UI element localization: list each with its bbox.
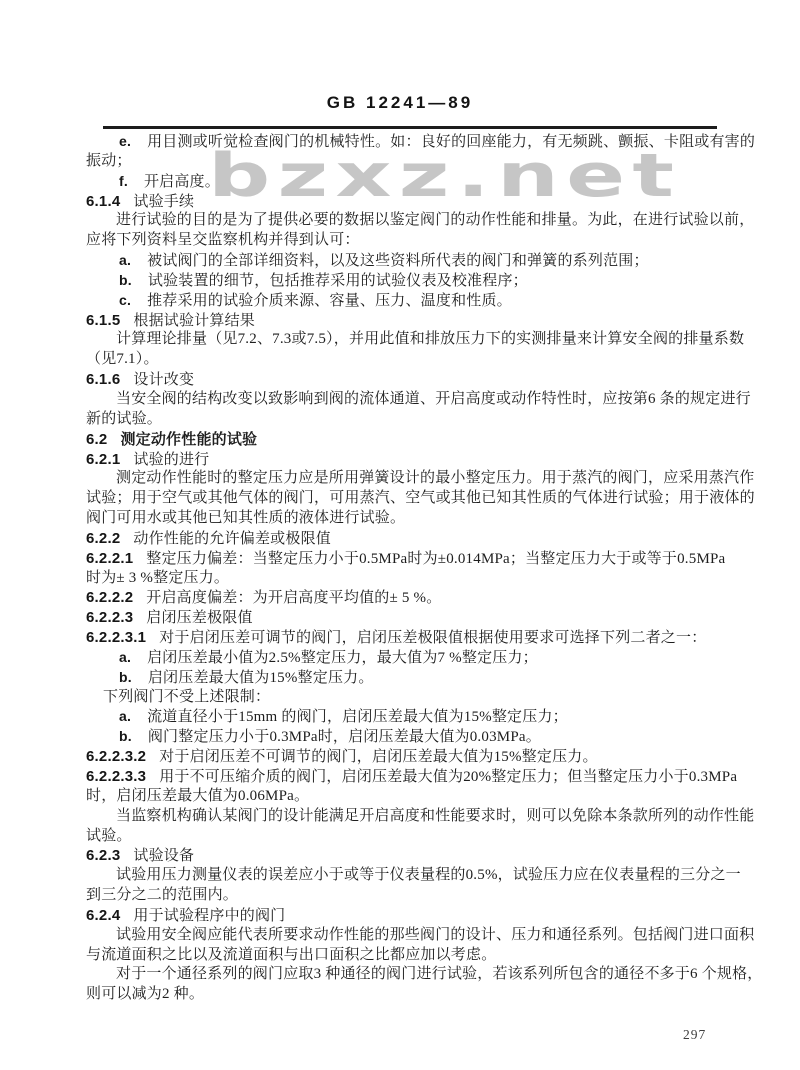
line-label: 6.1.6	[86, 371, 120, 388]
line-text: 新的试验。	[86, 411, 162, 427]
line-text: 测定动作性能时的整定压力应是所用弹簧设计的最小整定压力。用于蒸汽的阀门，应采用蒸…	[116, 470, 754, 486]
line-text: 到三分之二的范围内。	[86, 887, 238, 903]
line-label: 6.2.3	[86, 847, 120, 864]
line-text: 对于启闭压差不可调节的阀门，启闭压差最大值为15%整定压力。	[159, 749, 598, 765]
text-line: 测定动作性能时的整定压力应是所用弹簧设计的最小整定压力。用于蒸汽的阀门，应采用蒸…	[86, 469, 726, 489]
line-text: 开启高度偏差：为开启高度平均值的± 5 %。	[146, 590, 441, 606]
text-line: 当监察机构确认某阀门的设计能满足开启高度和性能要求时，则可以免除本条款所列的动作…	[86, 807, 726, 827]
list-item-line: a.流道直径小于15mm 的阀门，启闭压差最大值为15%整定压力；	[86, 707, 726, 727]
line-label: e.	[119, 133, 131, 149]
text-line: 当安全阀的结构改变以致影响到阀的流体通道、开启高度或动作特性时，应按第6 条的规…	[86, 390, 726, 410]
line-text: 时，启闭压差最大值为0.06MPa。	[86, 788, 309, 804]
line-label: f.	[119, 173, 128, 189]
section-line: 6.2.2.3启闭压差极限值	[86, 608, 726, 628]
line-label: 6.2.2.3.1	[86, 629, 146, 646]
line-label: a.	[119, 708, 131, 724]
line-text: 与流道面积之比以及流道面积与出口面积之比都应加以考虑。	[86, 947, 496, 963]
line-text: 启闭压差极限值	[146, 610, 252, 626]
line-label: 6.2.2.1	[86, 550, 133, 567]
text-line: 新的试验。	[86, 410, 726, 430]
text-line: 下列阀门不受上述限制：	[86, 688, 726, 708]
text-line: 到三分之二的范围内。	[86, 886, 726, 906]
line-label: 6.2.2	[86, 530, 120, 547]
line-text: 当监察机构确认某阀门的设计能满足开启高度和性能要求时，则可以免除本条款所列的动作…	[116, 808, 754, 824]
line-text: （见7.1）。	[86, 351, 159, 367]
section-line: 6.2.2动作性能的允许偏差或极限值	[86, 529, 726, 549]
section-line: 6.2.2.3.1对于启闭压差可调节的阀门，启闭压差极限值根据使用要求可选择下列…	[86, 628, 726, 648]
section-line: 6.2.2.3.3用于不可压缩介质的阀门，启闭压差最大值为20%整定压力；但当整…	[86, 767, 726, 787]
line-text: 阀门可用水或其他已知其性质的液体进行试验。	[86, 510, 405, 526]
line-text: 开启高度。	[144, 174, 220, 190]
list-item-line: b.启闭压差最大值为15%整定压力。	[86, 668, 726, 688]
line-text: 试验装置的细节，包括推荐采用的试验仪表及校准程序；	[148, 273, 528, 289]
line-text: 振动；	[86, 153, 132, 169]
line-text: 对于一个通径系列的阀门应取3 种通径的阀门进行试验，若该系列所包含的通径不多于6…	[116, 966, 763, 982]
section-line: 6.2.3试验设备	[86, 846, 726, 866]
line-text: 启闭压差最大值为15%整定压力。	[148, 670, 374, 686]
line-text: 用目测或听觉检查阀门的机械特性。如：良好的回座能力，有无频跳、颤振、卡阻或有害的	[147, 134, 755, 150]
line-text: 对于启闭压差可调节的阀门，启闭压差极限值根据使用要求可选择下列二者之一：	[159, 630, 706, 646]
text-line: 试验用压力测量仪表的误差应小于或等于仪表量程的0.5%，试验压力应在仪表量程的三…	[86, 866, 726, 886]
line-text: 试验设备	[133, 848, 194, 864]
line-text: 时为± 3 %整定压力。	[86, 570, 229, 586]
text-line: 与流道面积之比以及流道面积与出口面积之比都应加以考虑。	[86, 946, 726, 966]
line-text: 流道直径小于15mm 的阀门，启闭压差最大值为15%整定压力；	[147, 709, 568, 725]
list-item-line: a.启闭压差最小值为2.5%整定压力，最大值为7 %整定压力；	[86, 648, 726, 668]
line-text: 阀门整定压力小于0.3MPa时，启闭压差最大值为0.03MPa。	[148, 729, 541, 745]
line-text: 动作性能的允许偏差或极限值	[133, 531, 331, 547]
list-item-line: b.试验装置的细节，包括推荐采用的试验仪表及校准程序；	[86, 271, 726, 291]
line-text: 被试阀门的全部详细资料，以及这些资料所代表的阀门和弹簧的系列范围；	[147, 253, 649, 269]
line-text: 用于试验程序中的阀门	[133, 908, 285, 924]
section-line: 6.1.5根据试验计算结果	[86, 311, 726, 331]
page-number: 297	[683, 1027, 706, 1043]
line-label: 6.2.2.2	[86, 589, 133, 606]
line-text: 试验。	[86, 828, 132, 844]
list-item-line: a.被试阀门的全部详细资料，以及这些资料所代表的阀门和弹簧的系列范围；	[86, 251, 726, 271]
line-text: 应将下列资料呈交监察机构并得到认可：	[86, 232, 360, 248]
line-label: 6.1.5	[86, 312, 120, 329]
line-text: 设计改变	[133, 372, 194, 388]
text-line: 应将下列资料呈交监察机构并得到认可：	[86, 231, 726, 251]
line-label: 6.2.2.3	[86, 609, 133, 626]
text-line: 时，启闭压差最大值为0.06MPa。	[86, 787, 726, 807]
line-label: b.	[119, 728, 132, 744]
section-line: 6.2.2.3.2对于启闭压差不可调节的阀门，启闭压差最大值为15%整定压力。	[86, 747, 726, 767]
text-line: 时为± 3 %整定压力。	[86, 569, 726, 589]
line-text: 启闭压差最小值为2.5%整定压力，最大值为7 %整定压力；	[147, 650, 538, 666]
line-label: 6.2.4	[86, 907, 120, 924]
text-line: 试验。	[86, 827, 726, 847]
section-line: 6.2.1试验的进行	[86, 450, 726, 470]
line-text: 计算理论排量（见7.2、7.3或7.5），并用此值和排放压力下的实测排量来计算安…	[116, 331, 744, 347]
line-text: 当安全阀的结构改变以致影响到阀的流体通道、开启高度或动作特性时，应按第6 条的规…	[116, 391, 751, 407]
line-text: 试验手续	[133, 194, 194, 210]
line-label: 6.2	[86, 431, 107, 448]
text-line: 对于一个通径系列的阀门应取3 种通径的阀门进行试验，若该系列所包含的通径不多于6…	[86, 965, 726, 985]
line-text: 试验；用于空气或其他气体的阀门，可用蒸汽、空气或其他已知其性质的气体进行试验；用…	[86, 490, 755, 506]
line-label: c.	[119, 292, 131, 308]
section-line: 6.1.4试验手续	[86, 192, 726, 212]
document-body: e.用目测或听觉检查阀门的机械特性。如：良好的回座能力，有无频跳、颤振、卡阻或有…	[86, 132, 726, 1005]
text-line: 计算理论排量（见7.2、7.3或7.5），并用此值和排放压力下的实测排量来计算安…	[86, 330, 726, 350]
text-line: 试验；用于空气或其他气体的阀门，可用蒸汽、空气或其他已知其性质的气体进行试验；用…	[86, 489, 726, 509]
line-label: 6.2.2.3.2	[86, 748, 146, 765]
line-label: 6.2.2.3.3	[86, 768, 146, 785]
line-text: 整定压力偏差：当整定压力小于0.5MPa时为±0.014MPa；当整定压力大于或…	[146, 551, 725, 567]
line-text: 试验用压力测量仪表的误差应小于或等于仪表量程的0.5%，试验压力应在仪表量程的三…	[116, 867, 741, 883]
section-line: 6.2.4用于试验程序中的阀门	[86, 906, 726, 926]
text-line: 振动；	[86, 152, 726, 172]
line-text: 试验用安全阀应能代表所要求动作性能的那些阀门的设计、压力和通径系列。包括阀门进口…	[116, 927, 754, 943]
list-item-line: c.推荐采用的试验介质来源、容量、压力、温度和性质。	[86, 291, 726, 311]
text-line: （见7.1）。	[86, 350, 726, 370]
line-label: a.	[119, 649, 131, 665]
list-item-line: e.用目测或听觉检查阀门的机械特性。如：良好的回座能力，有无频跳、颤振、卡阻或有…	[86, 132, 726, 152]
list-item-line: b.阀门整定压力小于0.3MPa时，启闭压差最大值为0.03MPa。	[86, 727, 726, 747]
text-line: 进行试验的目的是为了提供必要的数据以鉴定阀门的动作性能和排量。为此，在进行试验以…	[86, 211, 726, 231]
text-line: 则可以减为2 种。	[86, 985, 726, 1005]
section-line: 6.1.6设计改变	[86, 370, 726, 390]
line-text: 测定动作性能的试验	[120, 432, 257, 448]
line-label: b.	[119, 669, 132, 685]
text-line: 阀门可用水或其他已知其性质的液体进行试验。	[86, 509, 726, 529]
line-text: 则可以减为2 种。	[86, 986, 204, 1002]
line-label: a.	[119, 252, 131, 268]
header-rule	[103, 126, 717, 129]
line-text: 根据试验计算结果	[133, 313, 255, 329]
line-text: 下列阀门不受上述限制：	[103, 689, 270, 705]
line-text: 用于不可压缩介质的阀门，启闭压差最大值为20%整定压力；但当整定压力小于0.3M…	[159, 769, 737, 785]
section-line: 6.2.2.2开启高度偏差：为开启高度平均值的± 5 %。	[86, 588, 726, 608]
standard-number: GB 12241—89	[0, 93, 800, 113]
line-text: 推荐采用的试验介质来源、容量、压力、温度和性质。	[147, 293, 512, 309]
text-line: 试验用安全阀应能代表所要求动作性能的那些阀门的设计、压力和通径系列。包括阀门进口…	[86, 926, 726, 946]
line-label: b.	[119, 272, 132, 288]
line-label: 6.1.4	[86, 193, 120, 210]
line-text: 试验的进行	[133, 452, 209, 468]
line-label: 6.2.1	[86, 451, 120, 468]
line-text: 进行试验的目的是为了提供必要的数据以鉴定阀门的动作性能和排量。为此，在进行试验以…	[116, 212, 754, 228]
list-item-line: f.开启高度。	[86, 172, 726, 192]
section-line: 6.2测定动作性能的试验	[86, 430, 726, 450]
section-line: 6.2.2.1整定压力偏差：当整定压力小于0.5MPa时为±0.014MPa；当…	[86, 549, 726, 569]
